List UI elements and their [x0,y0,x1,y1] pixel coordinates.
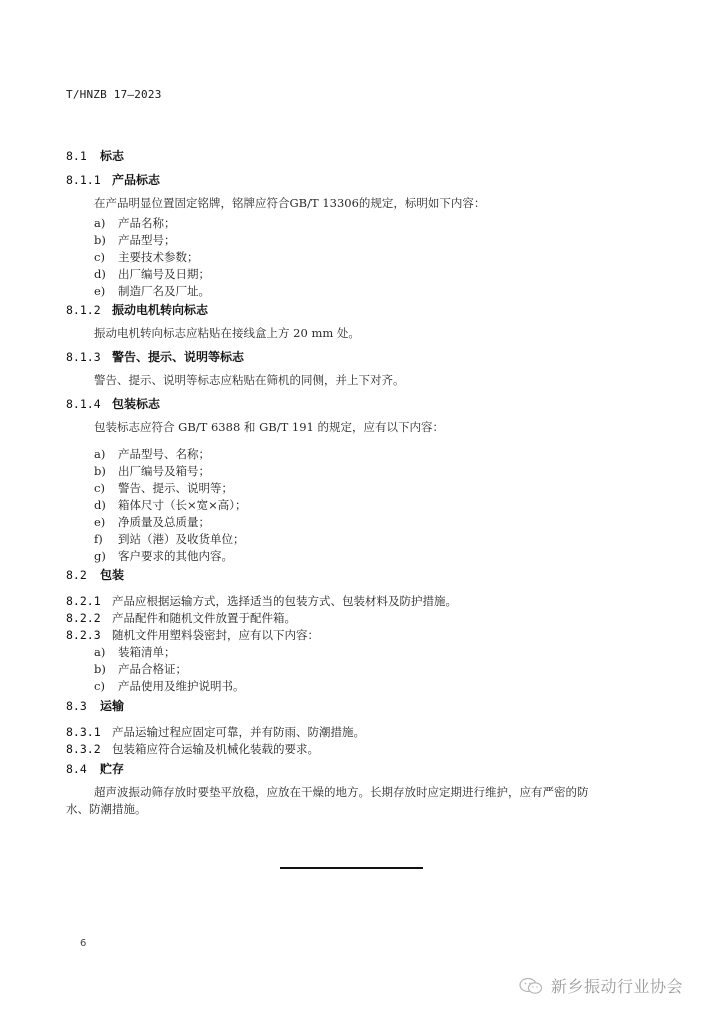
section-number: 8.1.2 [66,303,112,317]
section-title: 贮存 [100,762,124,776]
section-8-1-2-text: 振动电机转向标志应粘贴在接线盒上方 20 mm 处。 [94,325,360,341]
section-8-1-1-intro: 在产品明显位置固定铭牌，铭牌应符合GB/T 13306的规定，标明如下内容： [94,195,485,211]
section-8-1-1-heading: 8.1.1产品标志 [66,171,160,188]
standard-code-header: T/HNZB 17—2023 [66,88,162,101]
section-title: 包装标志 [112,397,160,411]
section-8-1-3-heading: 8.1.3警告、提示、说明等标志 [66,348,244,365]
section-8-1-2-heading: 8.1.2振动电机转向标志 [66,301,208,318]
section-title: 振动电机转向标志 [112,303,208,317]
section-8-4-text-line2: 水、防潮措施。 [66,801,147,817]
section-number: 8.4 [66,762,100,776]
section-title: 运输 [100,699,124,713]
list-item: c)产品使用及维护说明书。 [94,675,245,694]
section-number: 8.1.3 [66,350,112,364]
section-8-1-4-heading: 8.1.4包装标志 [66,395,160,412]
page-number: 6 [80,938,86,949]
list-item: e)制造厂名及厂址。 [94,280,210,299]
section-8-1-4-intro: 包装标志应符合 GB/T 6388 和 GB/T 191 的规定，应有以下内容： [94,419,444,435]
section-8-3-heading: 8.3运输 [66,697,124,714]
watermark-text: 新乡振动行业协会 [551,974,683,997]
section-title: 包装 [100,568,124,582]
section-title: 警告、提示、说明等标志 [112,350,244,364]
section-title: 产品标志 [112,173,160,187]
section-number: 8.1.1 [66,173,112,187]
list-item: g)客户要求的其他内容。 [94,545,233,564]
section-8-1-3-text: 警告、提示、说明等标志应粘贴在筛机的同侧，并上下对齐。 [94,372,405,388]
section-8-4-heading: 8.4贮存 [66,760,124,777]
section-number: 8.1.4 [66,397,112,411]
section-number: 8.1 [66,149,100,163]
watermark: 新乡振动行业协会 [517,974,683,997]
section-8-2-heading: 8.2包装 [66,566,124,583]
section-number: 8.3 [66,699,100,713]
section-8-4-text-line1: 超声波振动筛存放时要垫平放稳，应放在干燥的地方。长期存放时应定期进行维护，应有严… [94,784,589,800]
section-title: 标志 [100,149,124,163]
clause-8-3-2: 8.3.2包装箱应符合运输及机械化装载的要求。 [66,738,319,757]
section-8-1-heading: 8.1标志 [66,147,124,164]
wechat-icon [517,976,545,996]
section-number: 8.2 [66,568,100,582]
end-of-text-rule [280,867,423,869]
